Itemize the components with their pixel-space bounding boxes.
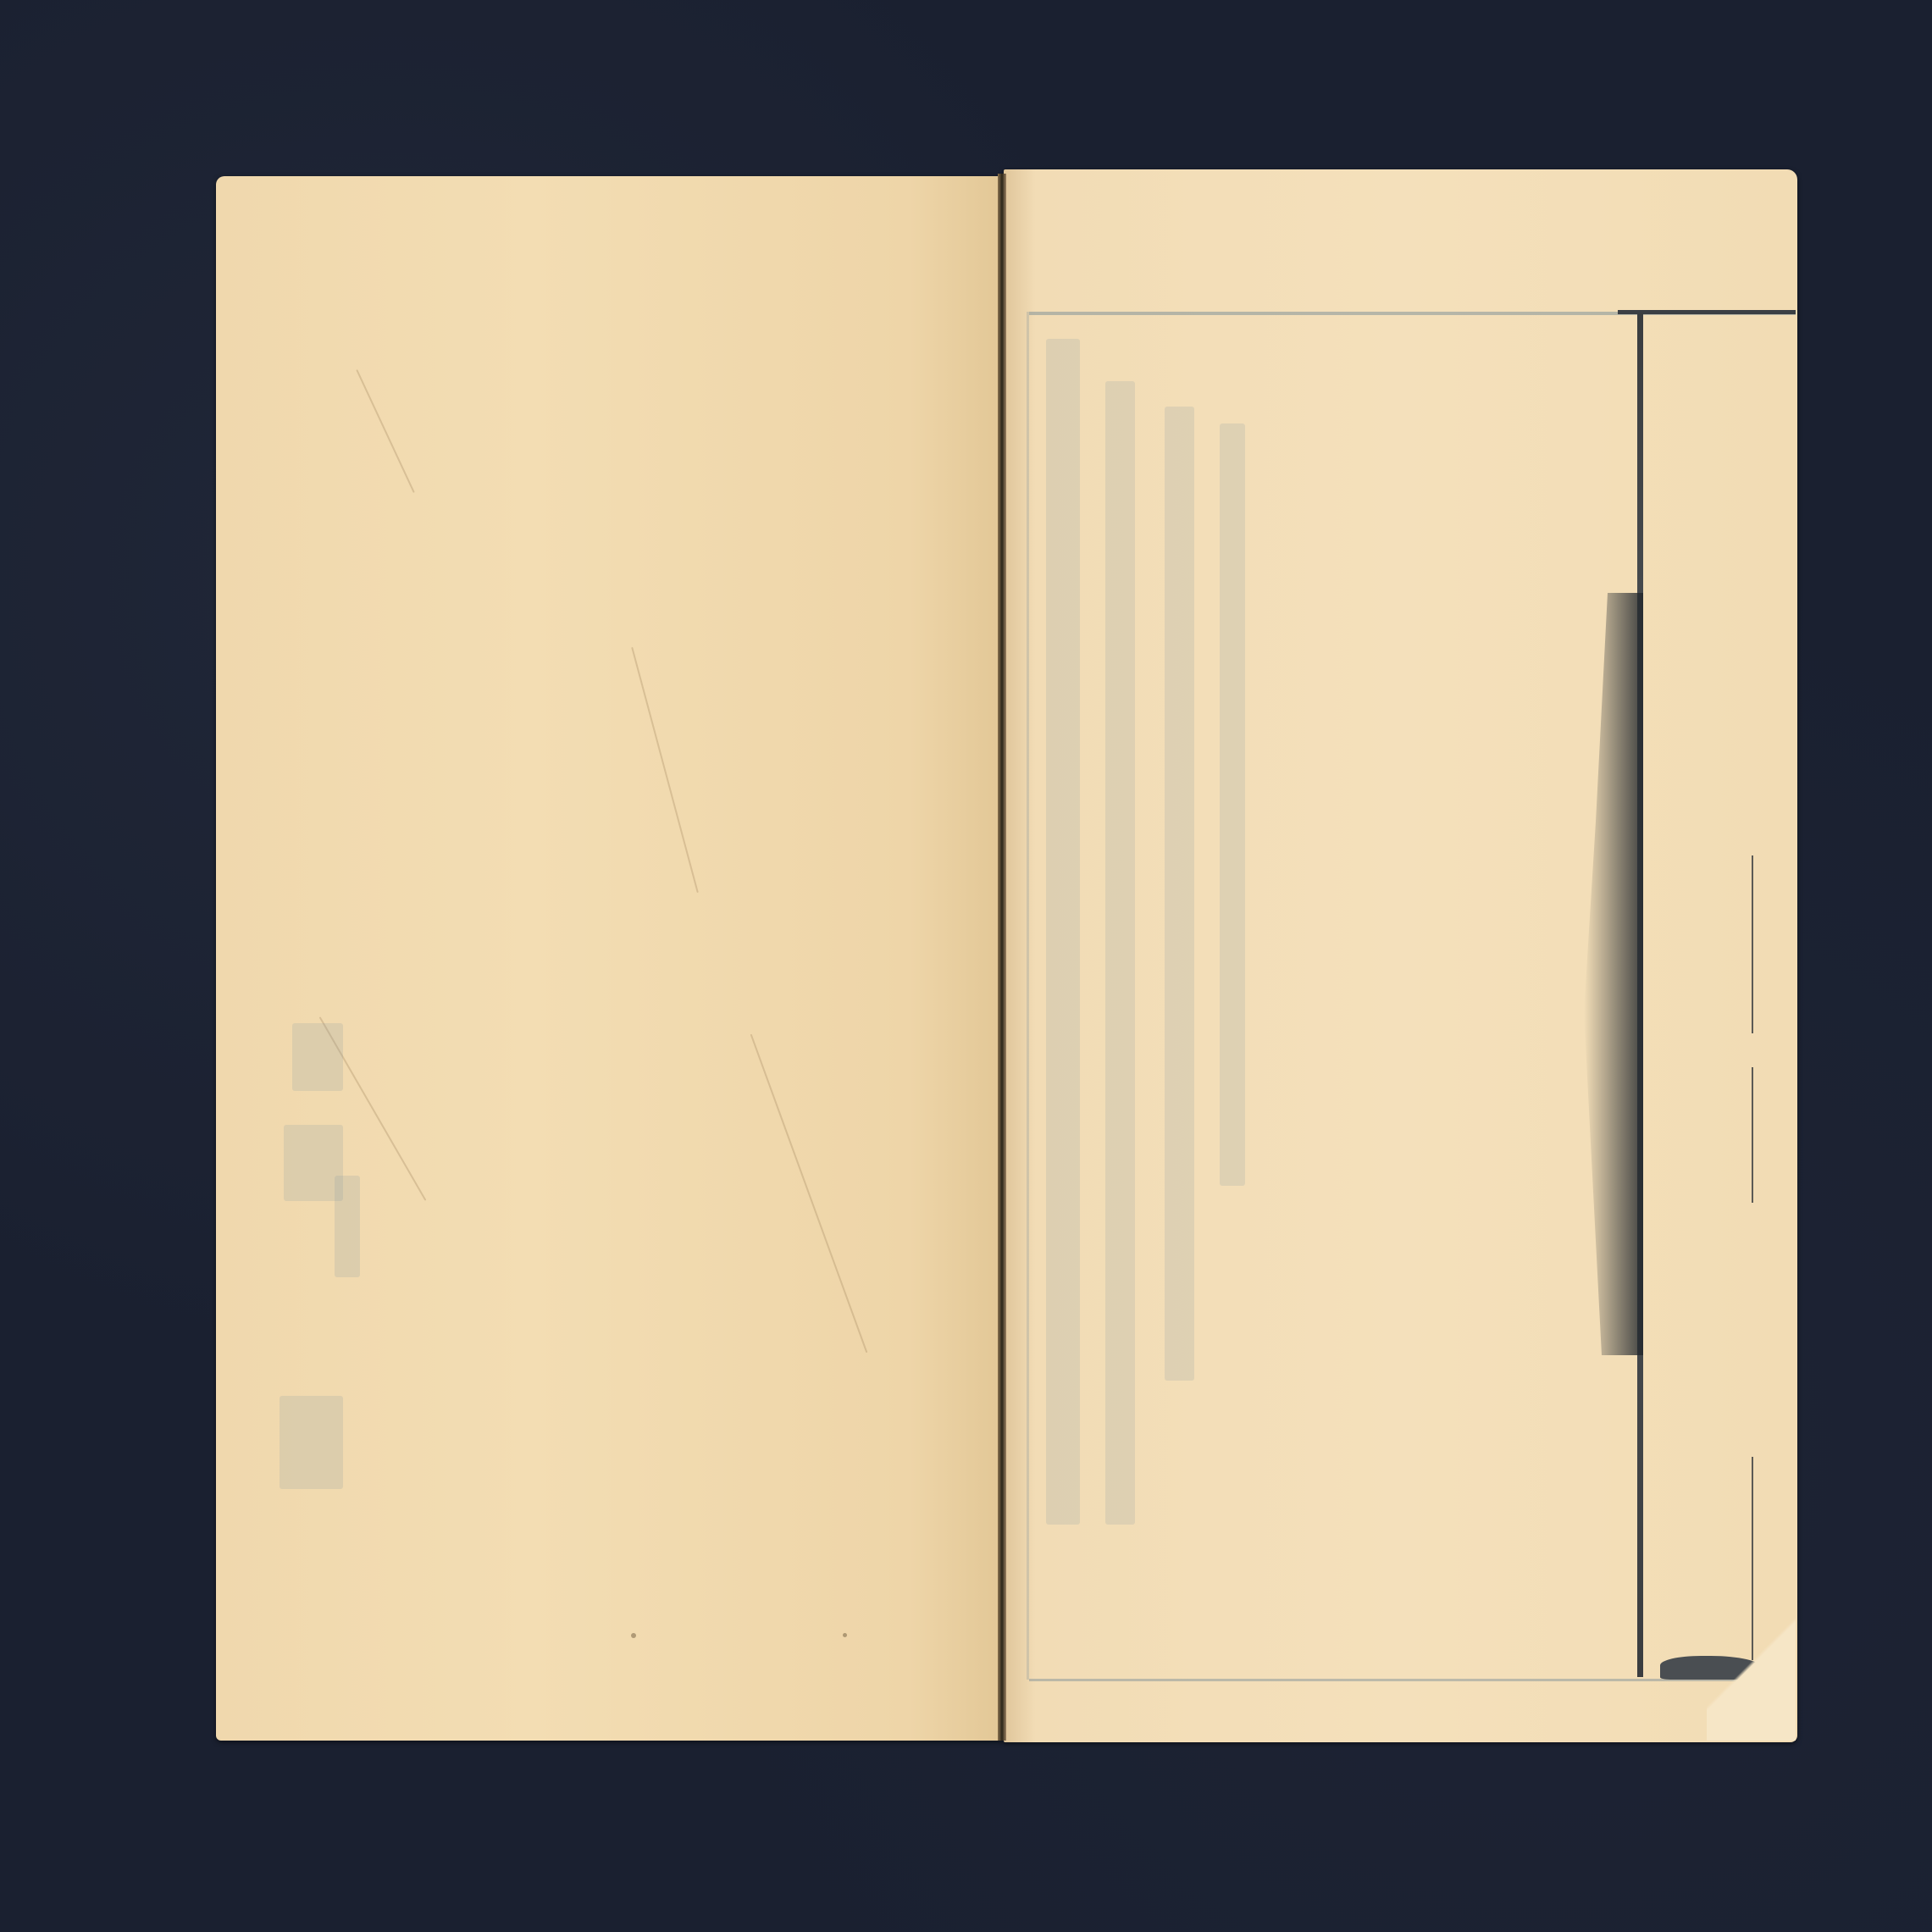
show-through-column: [1046, 339, 1080, 1525]
fishtail-rule: [1752, 1067, 1753, 1203]
printed-frame-left: [1027, 312, 1029, 1680]
margin-title-fragment: [1758, 610, 1796, 779]
paper-spot: [631, 1633, 636, 1638]
left-page: [216, 176, 1004, 1741]
paper-fiber: [631, 647, 699, 893]
show-through-text: [292, 1023, 343, 1091]
open-book: [0, 0, 1932, 1932]
book-spine-gutter: [998, 174, 1006, 1741]
fishtail-rule: [1752, 855, 1753, 1033]
paper-fiber: [356, 369, 414, 493]
show-through-column: [1105, 381, 1135, 1525]
show-through-column: [1165, 407, 1194, 1381]
show-through-column: [1220, 423, 1245, 1186]
margin-volume-fragment: [1758, 889, 1796, 1016]
printed-frame-top-dark: [1618, 310, 1796, 314]
margin-page-number-fragment: [1758, 1279, 1796, 1423]
paper-spot: [843, 1633, 847, 1637]
show-through-text: [335, 1176, 360, 1277]
folded-page-corner: [1707, 1592, 1796, 1741]
paper-fiber: [750, 1034, 868, 1354]
show-through-text: [280, 1396, 343, 1489]
